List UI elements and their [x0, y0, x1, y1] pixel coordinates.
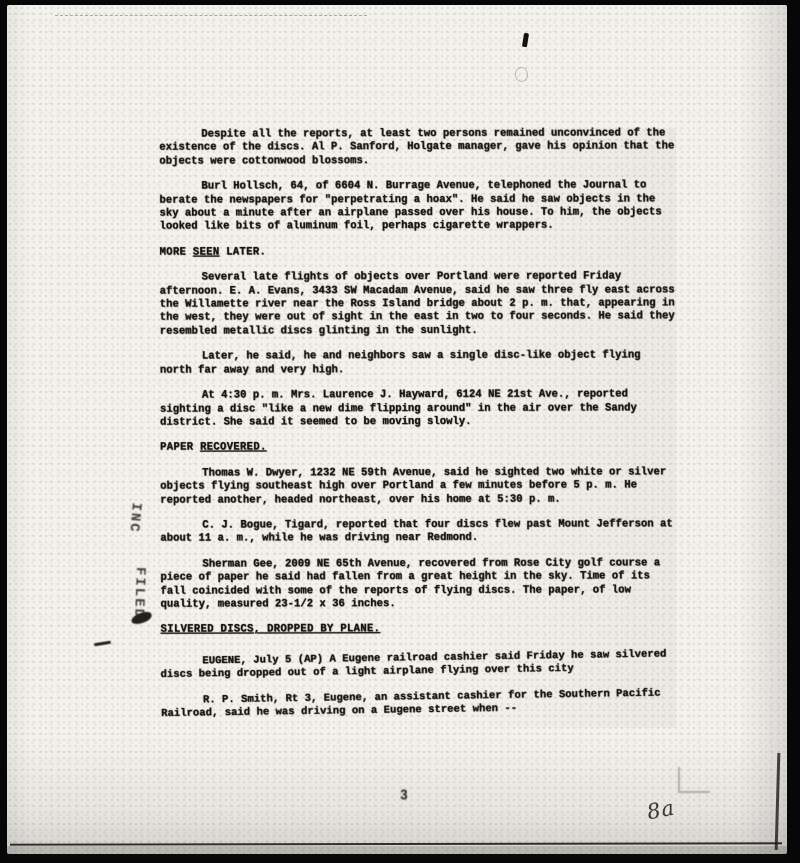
paragraph-rp-smith: R. P. Smith, Rt 3, Eugene, an assistant … — [161, 687, 677, 721]
fold-crease-mark — [678, 767, 710, 793]
ink-mark — [522, 33, 529, 48]
heading-text-underlined: RECOVERED. — [200, 442, 267, 454]
paragraph-cj-bogue: C. J. Bogue, Tigard, reported that four … — [160, 518, 676, 546]
heading-text: LATER. — [219, 246, 266, 258]
filing-stamp-inc: INC — [125, 502, 144, 534]
ink-dash-mark — [94, 641, 111, 647]
document-text: Despite all the reports, at least two pe… — [159, 127, 677, 727]
heading-text: MORE — [160, 246, 193, 258]
paragraph-several-late-flights: Several late flights of objects over Por… — [160, 271, 676, 339]
heading-text-underlined: SEEN — [193, 246, 220, 258]
paragraph-despite-reports: Despite all the reports, at least two pe… — [159, 127, 675, 169]
faint-ring-mark — [515, 67, 528, 82]
paragraph-thomas-dwyer: Thomas W. Dwyer, 1232 NE 59th Avenue, sa… — [160, 466, 676, 508]
scan-artifact-dotted-line — [55, 15, 367, 16]
skewed-bottom-paragraphs: EUGENE, July 5 (AP) A Eugene railroad ca… — [160, 648, 677, 721]
heading-paper-recovered: PAPER RECOVERED. — [160, 441, 676, 456]
paragraph-burl-hollsch: Burl Hollsch, 64, of 6604 N. Burrage Ave… — [159, 180, 675, 235]
scanned-document-page: Despite all the reports, at least two pe… — [0, 0, 800, 863]
page-number: 3 — [400, 787, 408, 804]
paragraph-later-he-said: Later, he said, he and neighbors saw a s… — [160, 350, 676, 378]
scan-edge-vertical-line — [775, 753, 781, 850]
paragraph-eugene-ap: EUGENE, July 5 (AP) A Eugene railroad ca… — [160, 648, 676, 682]
paragraph-mrs-hayward: At 4:30 p. m. Mrs. Laurence J. Hayward, … — [160, 388, 676, 430]
paragraph-sherman-gee: Sherman Gee, 2009 NE 65th Avenue, recove… — [160, 557, 676, 612]
heading-text: PAPER — [160, 442, 200, 454]
paper-sheet: Despite all the reports, at least two pe… — [7, 5, 787, 854]
heading-more-seen-later: MORE SEEN LATER. — [160, 245, 676, 260]
heading-silvered-discs: SILVERED DISCS, DROPPED BY PLANE. — [161, 623, 677, 638]
heading-text-underlined: SILVERED DISCS, DROPPED BY PLANE. — [161, 623, 381, 636]
scan-shadow-band — [7, 846, 787, 858]
handwritten-page-label: 8a — [645, 796, 677, 825]
